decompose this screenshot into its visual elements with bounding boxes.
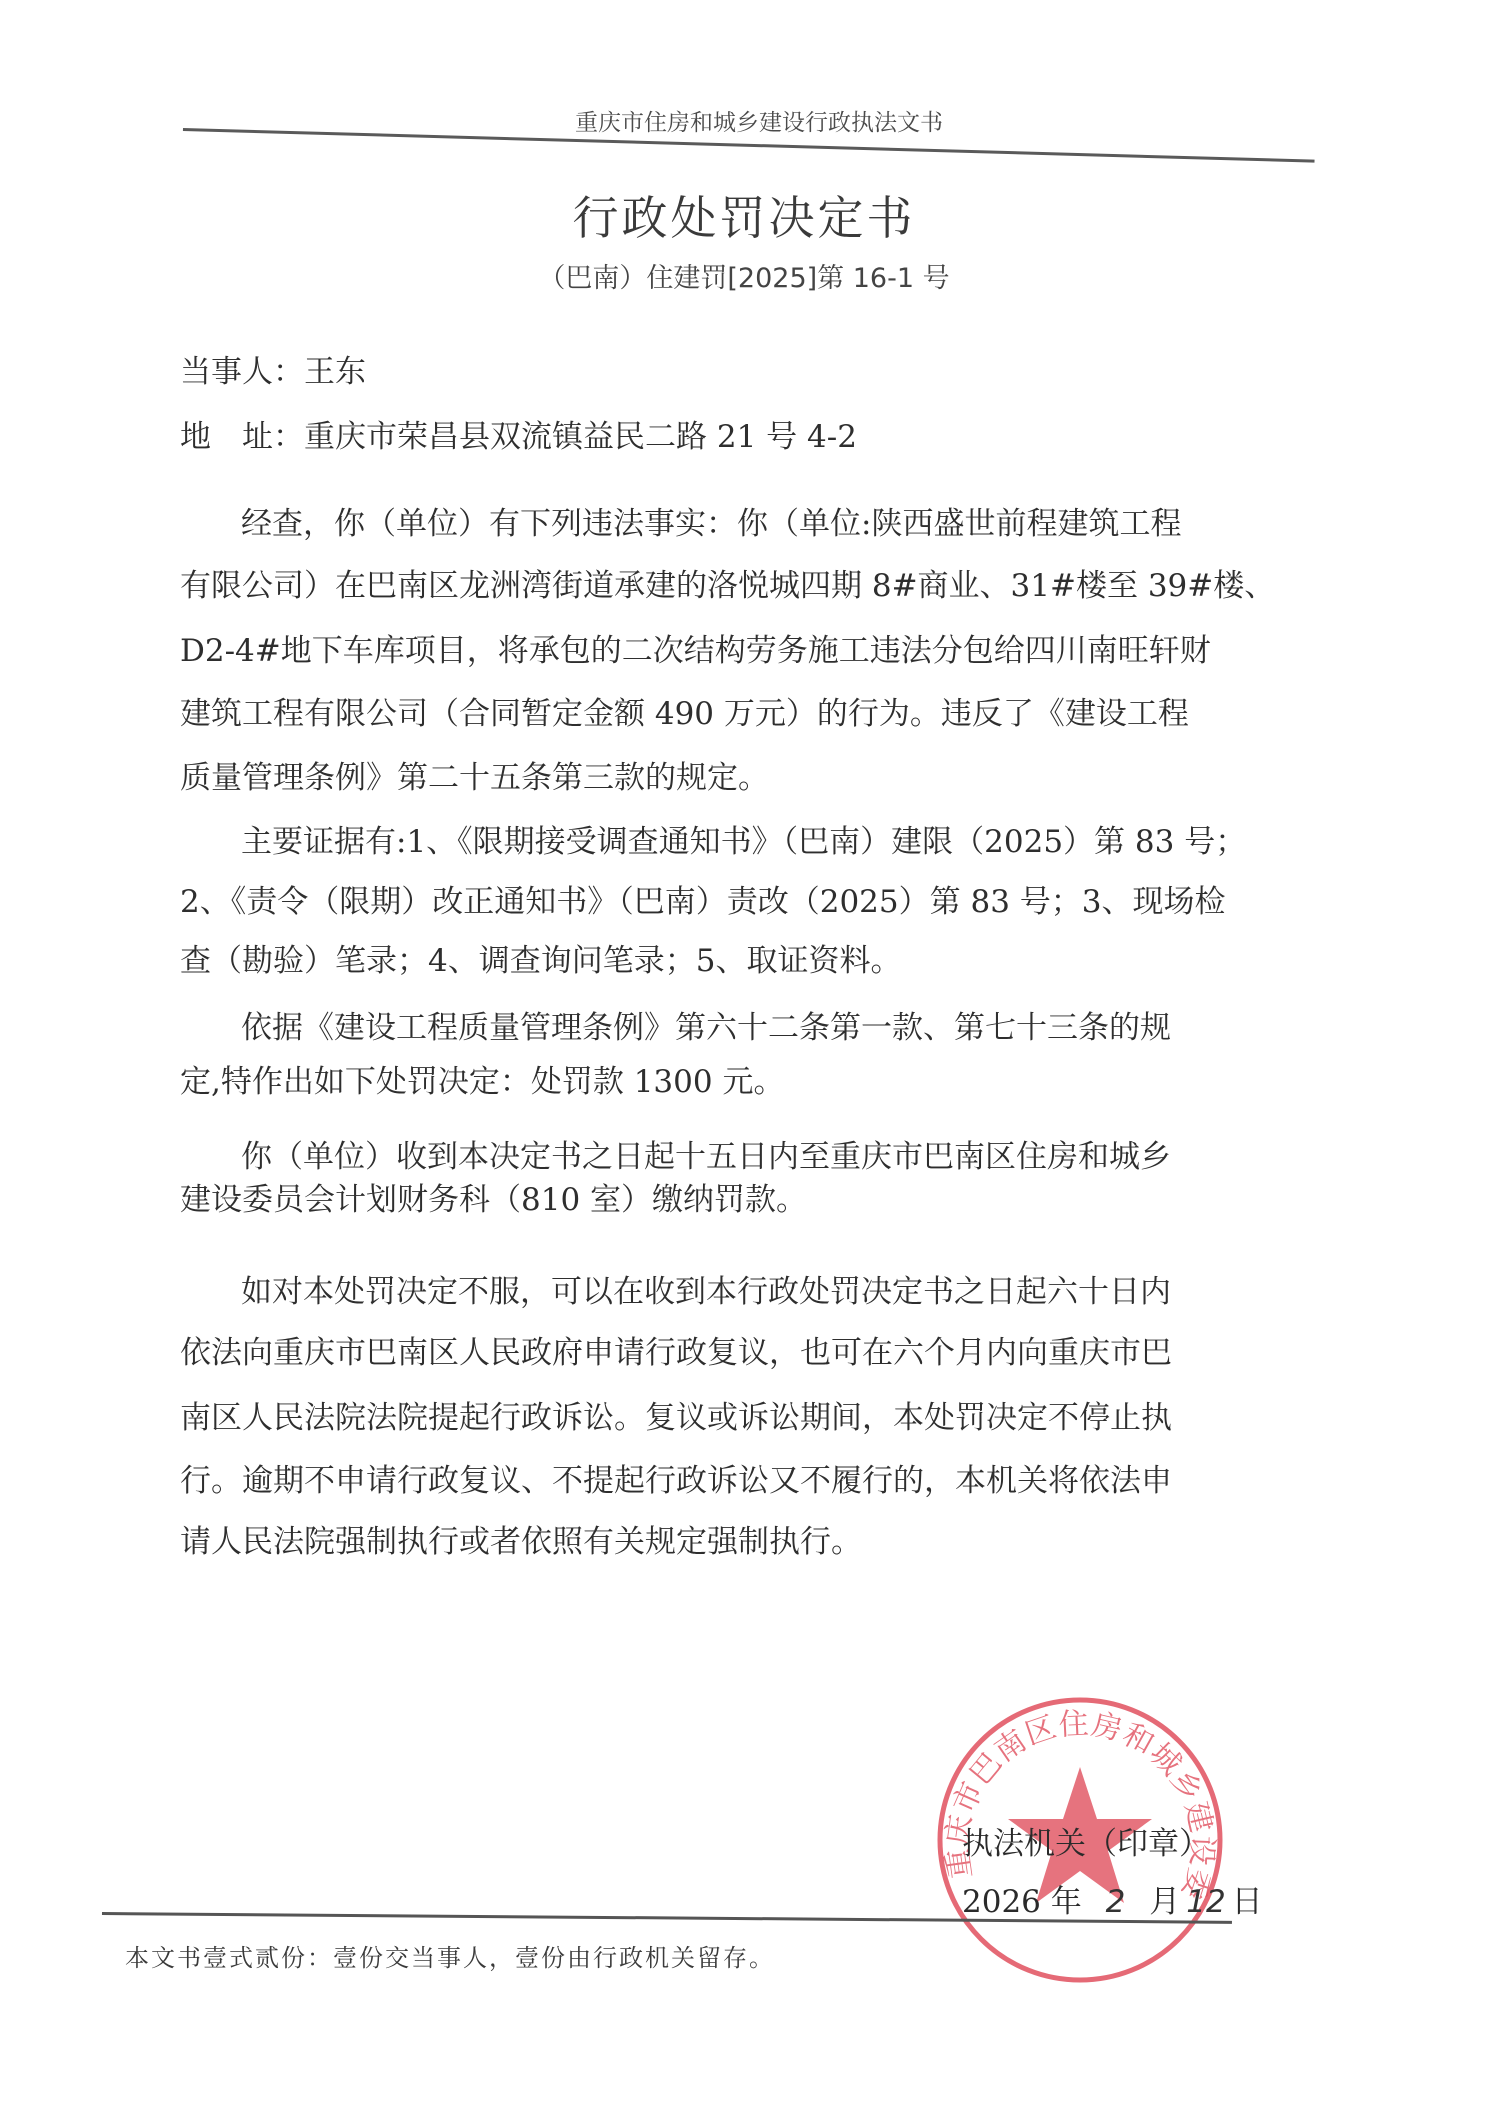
document-title: 行政处罚决定书: [0, 182, 1488, 248]
evidence-line: 2、《责令（限期）改正通知书》（巴南）责改（2025）第 83 号；3、现场检: [180, 884, 1226, 920]
facts-line: D2-4#地下车库项目，将承包的二次结构劳务施工违法分包给四川南旺轩财: [180, 633, 1211, 669]
copies-note: 本文书壹式贰份：壹份交当事人，壹份由行政机关留存。: [125, 1938, 775, 1973]
date-month-unit: 月: [1149, 1884, 1180, 1920]
enforcement-authority-label: 执法机关（印章）: [962, 1818, 1210, 1863]
decision-line: 定,特作出如下处罚决定：处罚款 1300 元。: [180, 1064, 784, 1100]
appeal-line: 南区人民法院法院提起行政诉讼。复议或诉讼期间，本处罚决定不停止执: [180, 1400, 1172, 1436]
appeal-line: 如对本处罚决定不服，可以在收到本行政处罚决定书之日起六十日内: [241, 1274, 1171, 1310]
facts-line: 经查，你（单位）有下列违法事实：你（单位:陕西盛世前程建筑工程: [241, 506, 1181, 542]
date-year-unit: 年: [1051, 1884, 1082, 1920]
date-day-unit: 日: [1232, 1884, 1263, 1920]
facts-line: 质量管理条例》第二十五条第三款的规定。: [180, 760, 769, 796]
facts-line: 建筑工程有限公司（合同暂定金额 490 万元）的行为。违反了《建设工程: [180, 696, 1189, 732]
facts-line: 有限公司）在巴南区龙洲湾街道承建的洛悦城四期 8#商业、31#楼至 39#楼、: [180, 568, 1275, 604]
party-name-label: 当事人：: [180, 354, 304, 390]
signing-date: 2026 年 2 月12日: [962, 1876, 1263, 1921]
date-month: 2: [1106, 1884, 1126, 1920]
date-day: 12: [1186, 1884, 1225, 1920]
party-name-row: 当事人：王东: [180, 354, 366, 390]
evidence-line: 主要证据有:1、《限期接受调查通知书》（巴南）建限（2025）第 83 号；: [241, 824, 1246, 860]
party-address-row: 地 址：重庆市荣昌县双流镇益民二路 21 号 4-2: [180, 419, 857, 455]
document-series-label: 重庆市住房和城乡建设行政执法文书: [575, 104, 943, 137]
decision-line: 依据《建设工程质量管理条例》第六十二条第一款、第七十三条的规: [241, 1010, 1171, 1046]
payment-line: 建设委员会计划财务科（810 室）缴纳罚款。: [180, 1182, 807, 1218]
payment-line: 你（单位）收到本决定书之日起十五日内至重庆市巴南区住房和城乡: [241, 1139, 1171, 1175]
appeal-line: 行。逾期不申请行政复议、不提起行政诉讼又不履行的，本机关将依法申: [180, 1463, 1172, 1499]
date-year: 2026: [962, 1884, 1041, 1920]
party-address: 重庆市荣昌县双流镇益民二路 21 号 4-2: [304, 419, 857, 455]
appeal-line: 依法向重庆市巴南区人民政府申请行政复议，也可在六个月内向重庆市巴: [180, 1335, 1172, 1371]
appeal-line: 请人民法院强制执行或者依照有关规定强制执行。: [180, 1524, 862, 1560]
party-name: 王东: [304, 354, 366, 390]
evidence-line: 查（勘验）笔录；4、调查询问笔录；5、取证资料。: [180, 943, 901, 979]
party-address-label: 地 址：: [180, 419, 304, 455]
document-number: （巴南）住建罚[2025]第 16-1 号: [0, 256, 1488, 295]
